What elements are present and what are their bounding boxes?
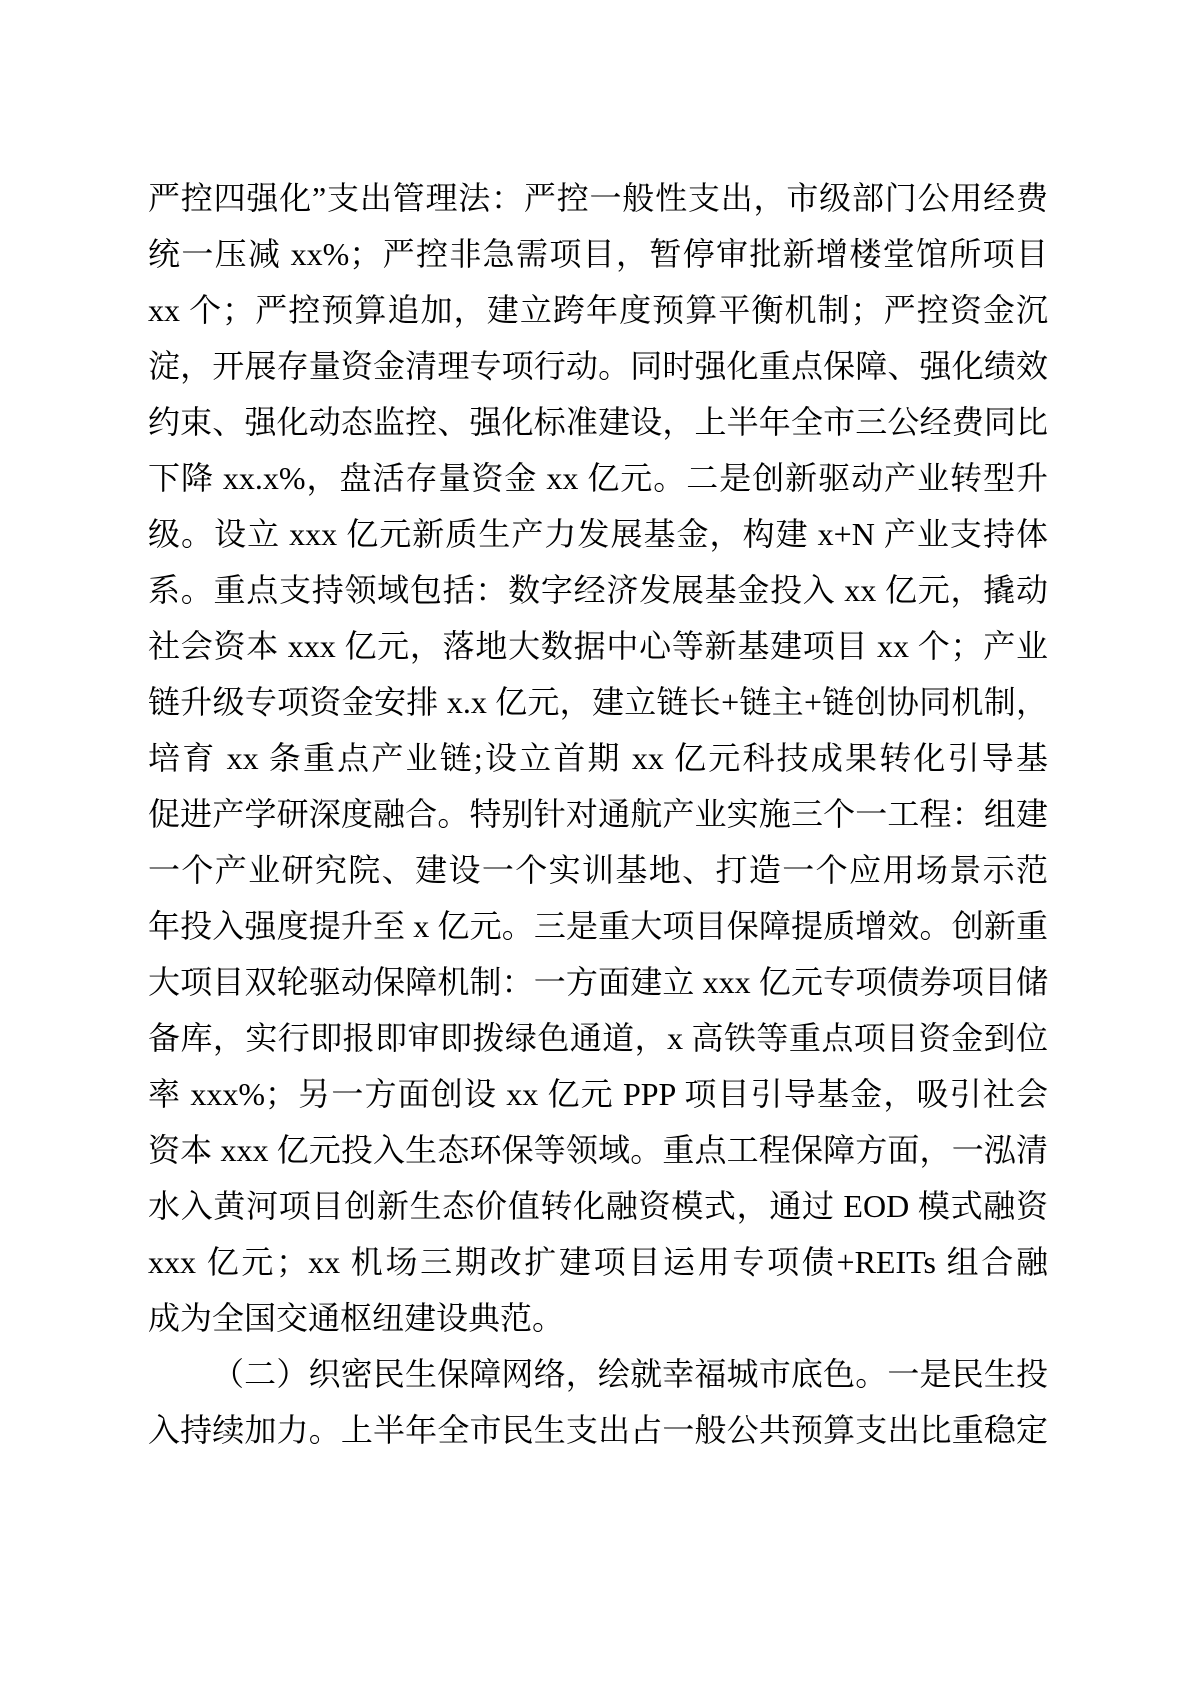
text-line: 社会资本 xxx 亿元，落地大数据中心等新基建项目 xx 个；产业 xyxy=(148,618,1048,674)
text-line: 一个产业研究院、建设一个实训基地、打造一个应用场景示范区， xyxy=(148,842,1048,898)
text-line: xx 个；严控预算追加，建立跨年度预算平衡机制；严控资金沉 xyxy=(148,282,1048,338)
text-line: 年投入强度提升至 x 亿元。三是重大项目保障提质增效。创新重 xyxy=(148,898,1048,954)
text-line: 备库，实行即报即审即拨绿色通道，x 高铁等重点项目资金到位 xyxy=(148,1010,1048,1066)
text-line: 淀，开展存量资金清理专项行动。同时强化重点保障、强化绩效 xyxy=(148,338,1048,394)
text-line: 严控四强化”支出管理法：严控一般性支出，市级部门公用经费 xyxy=(148,170,1048,226)
text-line: 率 xxx%；另一方面创设 xx 亿元 PPP 项目引导基金，吸引社会 xyxy=(148,1066,1048,1122)
text-line: 培育 xx 条重点产业链;设立首期 xx 亿元科技成果转化引导基金， xyxy=(148,730,1048,786)
text-line: 链升级专项资金安排 x.x 亿元，建立链长+链主+链创协同机制， xyxy=(148,674,1048,730)
text-line: 系。重点支持领域包括：数字经济发展基金投入 xx 亿元，撬动 xyxy=(148,562,1048,618)
text-line: 资本 xxx 亿元投入生态环保等领域。重点工程保障方面，一泓清 xyxy=(148,1122,1048,1178)
text-line: 约束、强化动态监控、强化标准建设，上半年全市三公经费同比 xyxy=(148,394,1048,450)
text-line: 下降 xx.x%，盘活存量资金 xx 亿元。二是创新驱动产业转型升 xyxy=(148,450,1048,506)
text-line: 级。设立 xxx 亿元新质生产力发展基金，构建 x+N 产业支持体 xyxy=(148,506,1048,562)
text-line: 大项目双轮驱动保障机制：一方面建立 xxx 亿元专项债券项目储 xyxy=(148,954,1048,1010)
document-page: 严控四强化”支出管理法：严控一般性支出，市级部门公用经费 统一压减 xx%；严控… xyxy=(0,0,1190,1683)
text-line: 促进产学研深度融合。特别针对通航产业实施三个一工程：组建 xyxy=(148,786,1048,842)
text-line: xxx 亿元；xx 机场三期改扩建项目运用专项债+REITs 组合融资， xyxy=(148,1234,1048,1290)
text-line: 水入黄河项目创新生态价值转化融资模式，通过 EOD 模式融资 xyxy=(148,1178,1048,1234)
text-line-paragraph-start: （二）织密民生保障网络，绘就幸福城市底色。一是民生投 xyxy=(148,1346,1048,1402)
text-line: 统一压减 xx%；严控非急需项目，暂停审批新增楼堂馆所项目 xyxy=(148,226,1048,282)
text-line-paragraph-end: 成为全国交通枢纽建设典范。 xyxy=(148,1290,1048,1346)
text-line: 入持续加力。上半年全市民生支出占一般公共预算支出比重稳定 xyxy=(148,1402,1048,1458)
document-body-text: 严控四强化”支出管理法：严控一般性支出，市级部门公用经费 统一压减 xx%；严控… xyxy=(148,170,1048,1458)
